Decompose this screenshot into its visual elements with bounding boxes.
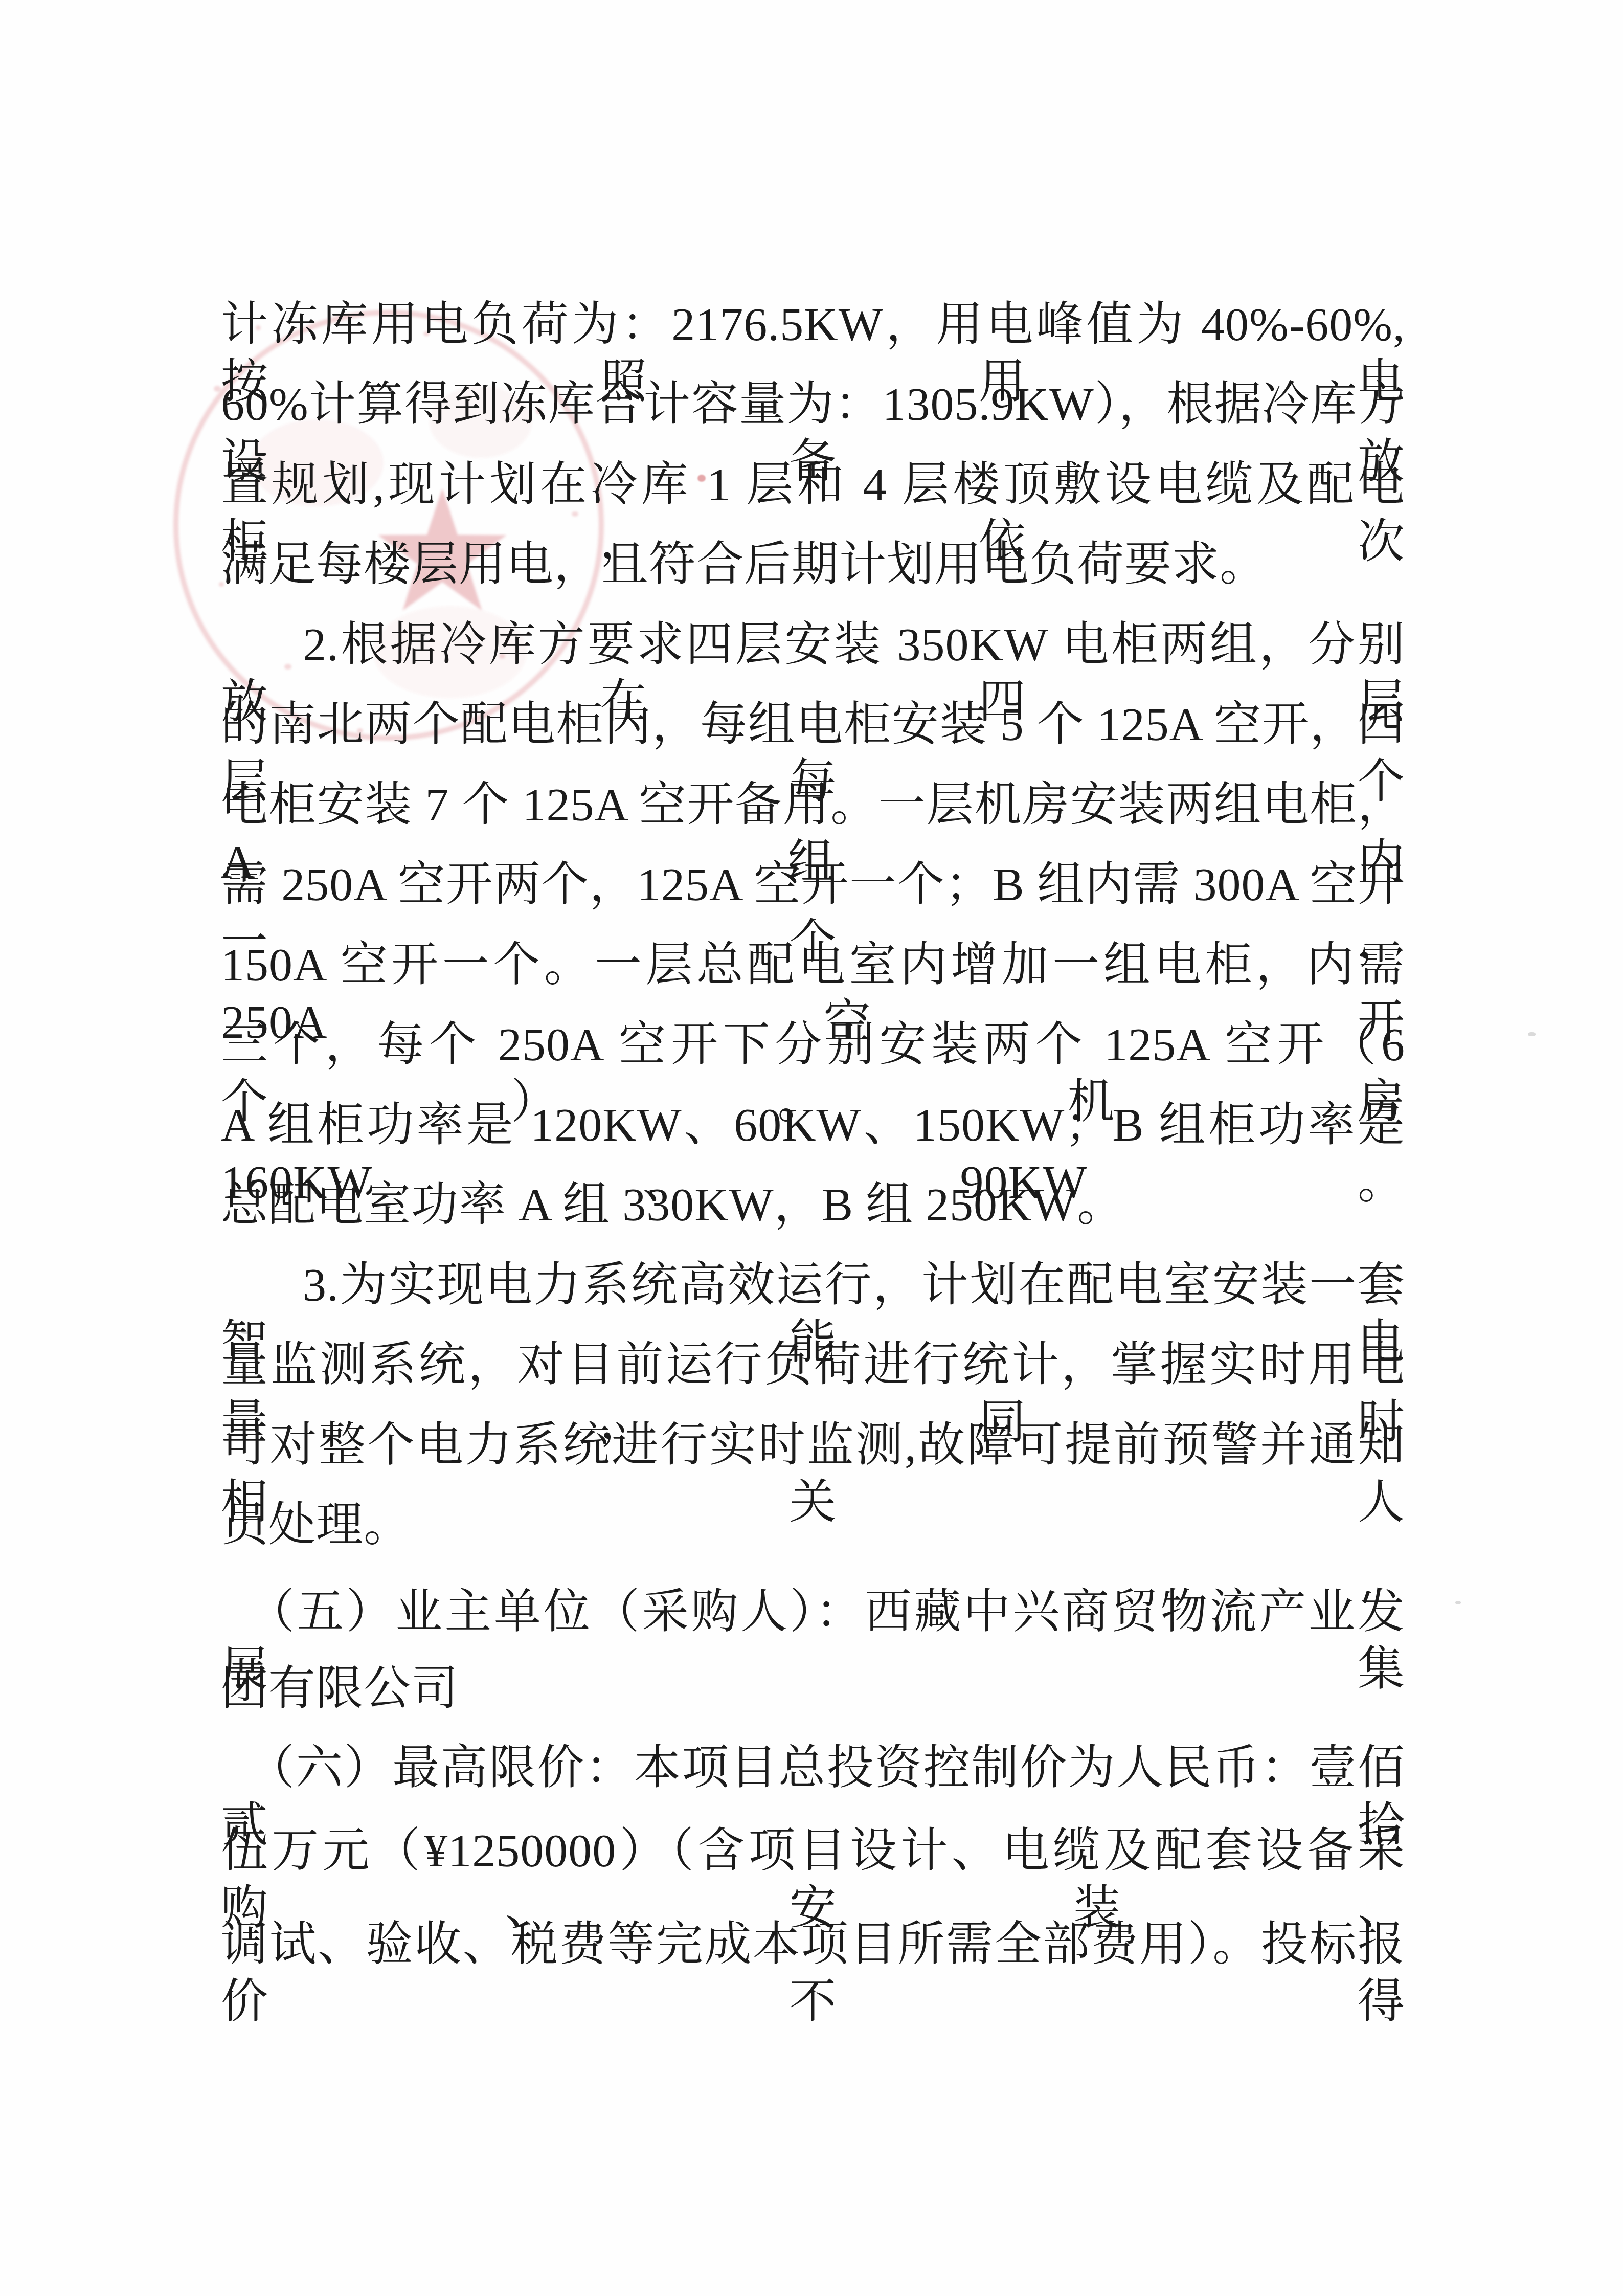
scan-speck xyxy=(1455,1601,1461,1604)
doc-line-16: 员处理。 xyxy=(221,1496,1405,1553)
doc-line-21: 调试、验收、税费等完成本项目所需全部费用）。投标报价不得 xyxy=(221,1915,1405,2030)
doc-line-12: 总配电室功率 A 组 330KW，B 组 250KW。 xyxy=(221,1176,1405,1233)
document-page: 计冻库用电负荷为：2176.5KW，用电峰值为 40%-60%,按照用电 60%… xyxy=(0,0,1623,2296)
seal-speck xyxy=(214,386,221,392)
scan-speck xyxy=(1528,1032,1536,1036)
doc-line-18: 团有限公司 xyxy=(221,1660,1405,1717)
doc-line-4: 满足每楼层用电，且符合后期计划用电负荷要求。 xyxy=(221,536,1405,593)
